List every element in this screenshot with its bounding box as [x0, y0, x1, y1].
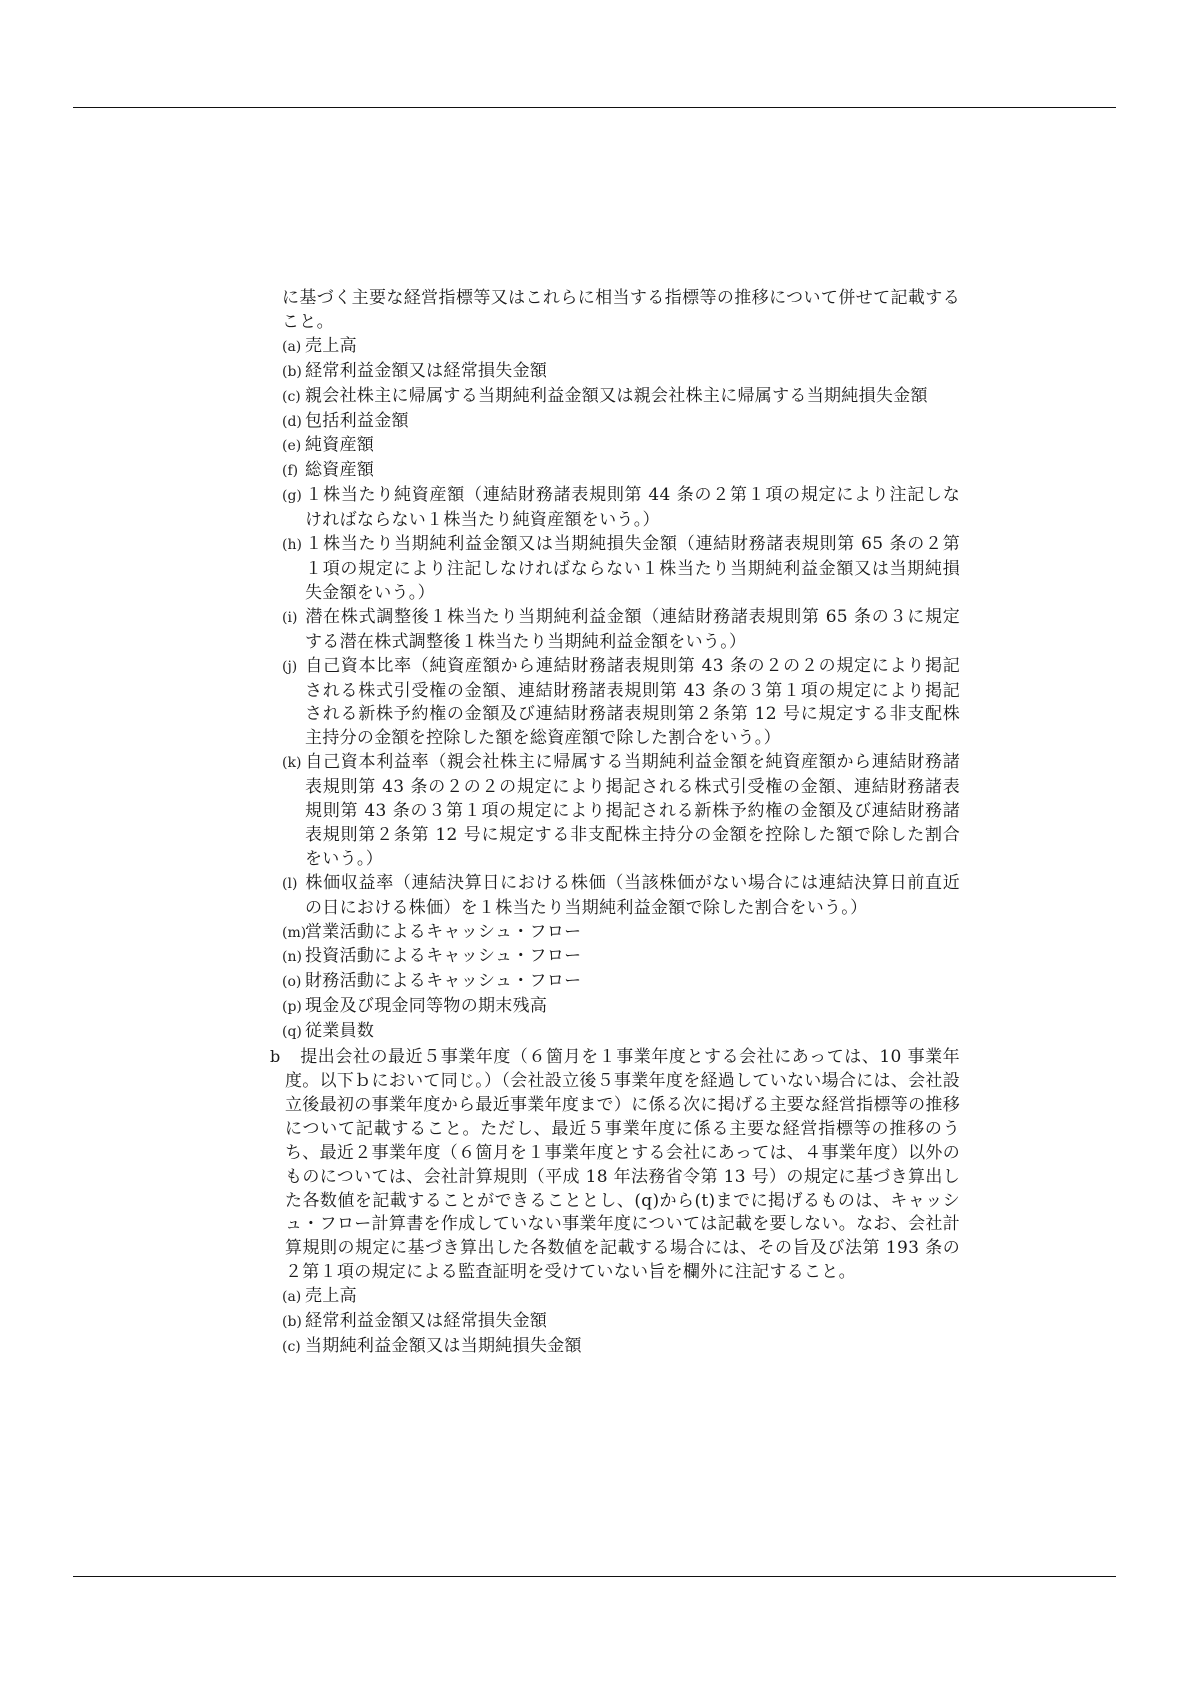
- item-label: (a): [282, 336, 305, 360]
- item-label: (b): [282, 1311, 305, 1335]
- item-label: (a): [282, 1286, 305, 1310]
- footer-rule: [73, 1576, 1116, 1577]
- item-text: 自己資本比率（純資産額から連結財務諸表規則第 43 条の２の２の規定により掲記さ…: [305, 656, 960, 749]
- list-item: (c)当期純利益金額又は当期純損失金額: [270, 1335, 960, 1360]
- list-item: (e)純資産額: [270, 434, 960, 459]
- list-item: (i)潜在株式調整後１株当たり当期純利益金額（連結財務諸表規則第 65 条の３に…: [270, 606, 960, 655]
- item-text: 当期純利益金額又は当期純損失金額: [305, 1336, 582, 1356]
- item-label: (c): [282, 1336, 305, 1360]
- list-item: (q)従業員数: [270, 1020, 960, 1045]
- item-label: (c): [282, 386, 305, 410]
- item-label: (g): [282, 485, 305, 509]
- list-item: (d)包括利益金額: [270, 410, 960, 435]
- item-text: 営業活動によるキャッシュ・フロー: [305, 922, 581, 942]
- list-item: (a)売上高: [270, 1285, 960, 1310]
- item-text: １株当たり当期純利益金額又は当期純損失金額（連結財務諸表規則第 65 条の２第１…: [305, 534, 960, 603]
- list-item: (b)経常利益金額又は経常損失金額: [270, 360, 960, 385]
- item-text: 提出会社の最近５事業年度（６箇月を１事業年度とする会社にあっては、10 事業年度…: [285, 1047, 960, 1282]
- item-text: 従業員数: [305, 1021, 374, 1041]
- item-text: 潜在株式調整後１株当たり当期純利益金額（連結財務諸表規則第 65 条の３に規定す…: [305, 607, 960, 652]
- list-item: (j)自己資本比率（純資産額から連結財務諸表規則第 43 条の２の２の規定により…: [270, 655, 960, 752]
- list-item: (f)総資産額: [270, 459, 960, 484]
- item-label: (f): [282, 460, 305, 484]
- list-item: (n)投資活動によるキャッシュ・フロー: [270, 945, 960, 970]
- list-item: (l)株価収益率（連結決算日における株価（当該株価がない場合には連結決算日前直近…: [270, 872, 960, 921]
- item-label: b: [270, 1045, 300, 1069]
- item-text: 親会社株主に帰属する当期純利益金額又は親会社株主に帰属する当期純損失金額: [305, 386, 928, 406]
- item-text: 売上高: [305, 1286, 357, 1306]
- intro-paragraph: に基づく主要な経営指標等又はこれらに相当する指標等の推移について併せて記載するこ…: [270, 287, 960, 335]
- item-text: 経常利益金額又は経常損失金額: [305, 1311, 547, 1331]
- list-item: (a)売上高: [270, 335, 960, 360]
- item-label: (b): [282, 361, 305, 385]
- item-text: 株価収益率（連結決算日における株価（当該株価がない場合には連結決算日前直近の日に…: [305, 873, 960, 918]
- item-label: (j): [282, 656, 305, 680]
- item-b-paragraph: b提出会社の最近５事業年度（６箇月を１事業年度とする会社にあっては、10 事業年…: [270, 1045, 960, 1285]
- item-text: 総資産額: [305, 460, 374, 480]
- document-body: に基づく主要な経営指標等又はこれらに相当する指標等の推移について併せて記載するこ…: [270, 287, 960, 1360]
- list-item: (c)親会社株主に帰属する当期純利益金額又は親会社株主に帰属する当期純損失金額: [270, 385, 960, 410]
- list-item: (b)経常利益金額又は経常損失金額: [270, 1310, 960, 1335]
- item-text: 現金及び現金同等物の期末残高: [305, 996, 547, 1016]
- list-item: (o)財務活動によるキャッシュ・フロー: [270, 970, 960, 995]
- item-label: (n): [282, 946, 305, 970]
- item-label: (l): [282, 873, 305, 897]
- consolidated-indicators-list: (a)売上高 (b)経常利益金額又は経常損失金額 (c)親会社株主に帰属する当期…: [270, 335, 960, 1045]
- item-text: １株当たり純資産額（連結財務諸表規則第 44 条の２第１項の規定により注記しなけ…: [305, 485, 960, 530]
- list-item: (p)現金及び現金同等物の期末残高: [270, 995, 960, 1020]
- list-item: (m)営業活動によるキャッシュ・フロー: [270, 921, 960, 946]
- item-text: 売上高: [305, 336, 357, 356]
- company-indicators-list: (a)売上高 (b)経常利益金額又は経常損失金額 (c)当期純利益金額又は当期純…: [270, 1285, 960, 1360]
- item-text: 投資活動によるキャッシュ・フロー: [305, 946, 581, 966]
- item-label: (e): [282, 435, 305, 459]
- item-label: (h): [282, 534, 305, 558]
- item-label: (p): [282, 996, 305, 1020]
- header-rule: [73, 107, 1116, 108]
- item-label: (k): [282, 752, 305, 776]
- item-text: 自己資本利益率（親会社株主に帰属する当期純利益金額を純資産額から連結財務諸表規則…: [305, 752, 960, 869]
- item-text: 財務活動によるキャッシュ・フロー: [305, 971, 581, 991]
- item-label: (o): [282, 971, 305, 995]
- list-item: (k)自己資本利益率（親会社株主に帰属する当期純利益金額を純資産額から連結財務諸…: [270, 751, 960, 872]
- item-label: (i): [282, 607, 305, 631]
- item-label: (m): [282, 922, 305, 946]
- item-text: 純資産額: [305, 435, 374, 455]
- item-label: (q): [282, 1021, 305, 1045]
- item-text: 包括利益金額: [305, 411, 409, 431]
- list-item: (h)１株当たり当期純利益金額又は当期純損失金額（連結財務諸表規則第 65 条の…: [270, 533, 960, 606]
- list-item: (g)１株当たり純資産額（連結財務諸表規則第 44 条の２第１項の規定により注記…: [270, 484, 960, 533]
- item-label: (d): [282, 411, 305, 435]
- item-text: 経常利益金額又は経常損失金額: [305, 361, 547, 381]
